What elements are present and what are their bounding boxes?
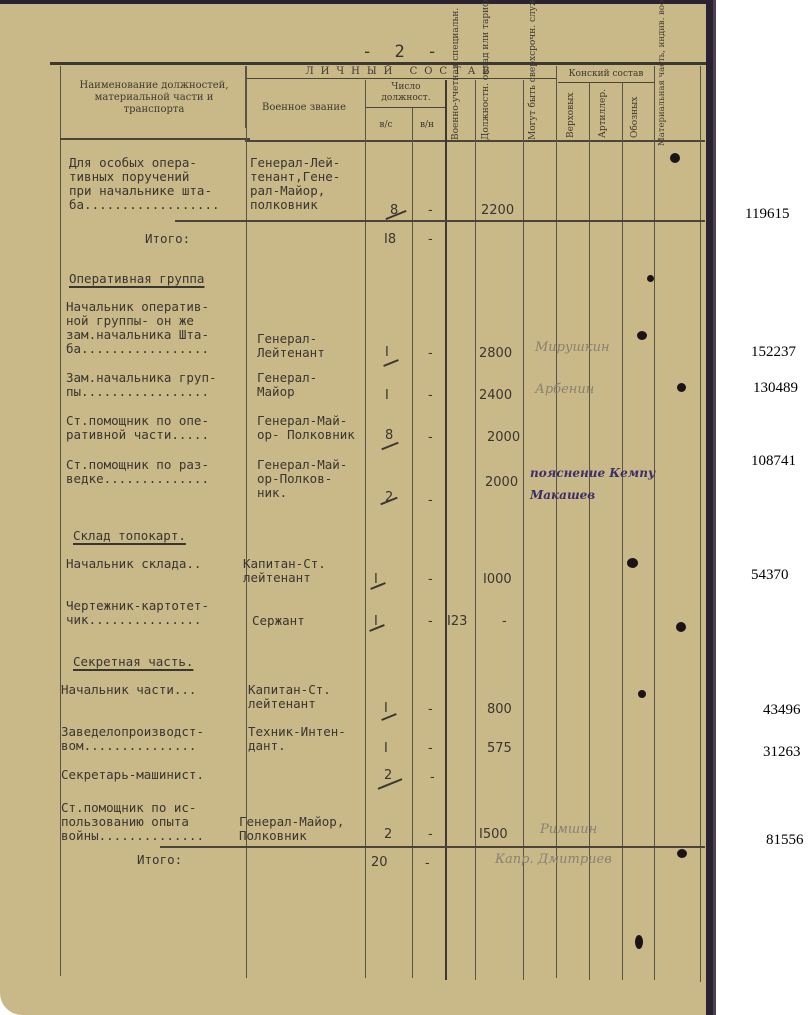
vn-special-missions: -	[428, 203, 433, 218]
vs-op-group-deputy: I	[385, 388, 389, 403]
horses-group-rule	[558, 82, 654, 83]
header-riding: Верховых	[566, 88, 576, 138]
col-line-extended	[523, 80, 524, 980]
position-senior-assistant-recon: Ст.помощник по раз- ведке..............	[66, 458, 209, 486]
total-rule	[160, 846, 705, 848]
col-line-materiel	[654, 66, 655, 980]
horses-group-label: Конский состав	[558, 68, 654, 80]
position-draftsman: Чертежник-картотет- чик...............	[66, 599, 209, 627]
margin-number: 152237	[751, 344, 796, 361]
salary-draftsman: -	[502, 614, 507, 629]
punch-hole	[635, 935, 643, 949]
specialty-draftsman: I23	[447, 614, 467, 629]
col-line-riding	[556, 66, 557, 978]
margin-number: 119615	[745, 206, 789, 223]
salary-warehouse-head: I000	[483, 572, 512, 587]
vn-warehouse-head: -	[428, 572, 433, 587]
document-page: - 2 - ЛИЧНЫЙ СОСТАВ Наименование должнос…	[0, 0, 713, 1015]
position-warehouse-head: Начальник склада..	[66, 557, 201, 571]
margin-number: 54370	[751, 567, 789, 584]
punch-hole	[670, 153, 680, 163]
margin-number: 81556	[766, 832, 804, 849]
rank-draftsman: Сержант	[252, 614, 305, 628]
page-top-edge	[0, 0, 713, 4]
header-materiel: Материальная часть, индив. вооруж. и авт…	[657, 70, 667, 146]
vn-op-group-deputy: -	[428, 388, 433, 403]
col-line-specialty	[445, 80, 447, 980]
total-label-2: Итого:	[137, 853, 182, 867]
rank-op-group-deputy: Генерал- Майор	[257, 371, 317, 399]
header-extended: Могут быть сверхсрочн. служащ.	[528, 84, 538, 140]
position-op-group-head: Начальник оператив- ной группы- он же за…	[66, 300, 209, 356]
col-line-vs	[365, 80, 366, 978]
vn-war-experience: -	[428, 827, 433, 842]
punch-hole	[647, 275, 654, 282]
signature-op-group-deputy: Арбенин	[535, 382, 594, 397]
position-war-experience: Ст.помощник по ис- пользованию опыта вой…	[61, 801, 204, 843]
vs-records-clerk: I	[384, 741, 388, 756]
total-vn-2: -	[425, 856, 430, 871]
header-rank: Военное звание	[248, 102, 360, 114]
rank-senior-assistant-ops: Генерал-Май- ор- Полковник	[257, 414, 355, 442]
rank-special-missions: Генерал-Лей- тенант,Гене- рал-Майор, пол…	[250, 156, 340, 212]
salary-war-experience: I500	[479, 827, 508, 842]
vn-secret-head: -	[428, 702, 433, 717]
header-artillery: Артиллер.	[598, 88, 608, 138]
header-position: Наименование должностей, материальной ча…	[64, 80, 244, 116]
total-vn-1: -	[428, 232, 433, 247]
count-sub-rule	[366, 107, 446, 108]
total-vs-1: I8	[384, 232, 396, 247]
table-top-rule	[50, 62, 710, 65]
vs-senior-assistant-ops: 8	[385, 428, 393, 443]
position-special-missions: Для особых опера- тивных поручений при н…	[69, 156, 220, 212]
vs-secret-head: I	[384, 701, 388, 716]
personnel-group-label: ЛИЧНЫЙ СОСТАВ	[246, 66, 556, 78]
vn-typist: -	[430, 770, 435, 785]
punch-hole	[627, 558, 638, 568]
position-typist: Секретарь-машинист.	[61, 768, 204, 782]
punch-hole	[677, 849, 687, 858]
header-salary: Должностн. оклад или тарифный оклад	[481, 84, 491, 140]
col-line-salary	[475, 80, 476, 980]
section-secret-part: Секретная часть.	[73, 655, 193, 669]
position-secret-head: Начальник части...	[61, 683, 196, 697]
rank-warehouse-head: Капитан-Ст. лейтенант	[243, 557, 326, 585]
signature-op-group-head: Мирушкин	[535, 340, 610, 355]
margin-number: 130489	[753, 380, 798, 397]
page-binding-edge-inner	[713, 0, 716, 1015]
header-count: Число должност.	[368, 82, 444, 104]
vn-op-group-head: -	[428, 346, 433, 361]
rank-op-group-head: Генерал- Лейтенант	[257, 332, 325, 360]
vs-op-group-head: I	[385, 345, 389, 360]
signature-war-experience: Римшин	[540, 822, 597, 837]
position-op-group-deputy: Зам.начальника груп- пы.................	[66, 371, 217, 399]
vn-senior-assistant-recon: -	[428, 493, 433, 508]
salary-op-group-deputy: 2400	[479, 388, 512, 403]
col-line-right	[700, 66, 701, 982]
header-convoy: Обозных	[630, 88, 640, 138]
header-specialty: Военно-учетная специальн.	[451, 84, 461, 140]
salary-special-missions: 2200	[481, 203, 514, 218]
section-map-warehouse: Склад топокарт.	[73, 529, 186, 543]
salary-senior-assistant-recon: 2000	[485, 475, 518, 490]
rank-secret-head: Капитан-Ст. лейтенант	[248, 683, 331, 711]
vn-draftsman: -	[428, 614, 433, 629]
header-bottom-rule-left	[60, 138, 250, 140]
header-count-vn: в/н	[408, 119, 446, 131]
punch-hole	[677, 383, 686, 392]
signature-total: Капр. Дмитриев	[495, 852, 612, 867]
header-count-vs: в/с	[366, 119, 406, 131]
subtotal-rule	[175, 220, 705, 222]
position-records-clerk: Заведелопроизводст- вом...............	[61, 725, 204, 753]
rank-senior-assistant-recon: Генерал-Май- ор-Полков- ник.	[257, 458, 347, 500]
salary-records-clerk: 575	[487, 741, 512, 756]
salary-op-group-head: 2800	[479, 346, 512, 361]
rank-records-clerk: Техник-Интен- дант.	[248, 725, 346, 753]
vn-records-clerk: -	[428, 741, 433, 756]
punch-hole	[638, 690, 646, 698]
position-senior-assistant-ops: Ст.помощник по опе- ративной части.....	[66, 414, 209, 442]
check-mark	[370, 582, 386, 590]
vs-typist: 2	[384, 768, 392, 783]
total-vs-2: 20	[371, 855, 388, 870]
total-label-1: Итого:	[145, 232, 190, 246]
rank-war-experience: Генерал-Майор, Полковник	[239, 815, 344, 843]
salary-senior-assistant-ops: 2000	[487, 430, 520, 445]
page-number: - 2 -	[362, 42, 443, 62]
margin-number: 43496	[763, 702, 801, 719]
personnel-group-rule	[246, 78, 556, 79]
punch-hole	[637, 331, 647, 340]
punch-hole	[676, 622, 686, 632]
vn-senior-assistant-ops: -	[428, 430, 433, 445]
signature-senior-assistant-recon: пояснение Кемпу Макашев	[530, 462, 660, 506]
section-operational-group: Оперативная группа	[69, 272, 204, 286]
vs-war-experience: 2	[384, 827, 392, 842]
check-mark	[383, 359, 399, 367]
salary-secret-head: 800	[487, 702, 512, 717]
margin-number: 31263	[763, 744, 801, 761]
margin-number: 108741	[751, 453, 796, 470]
